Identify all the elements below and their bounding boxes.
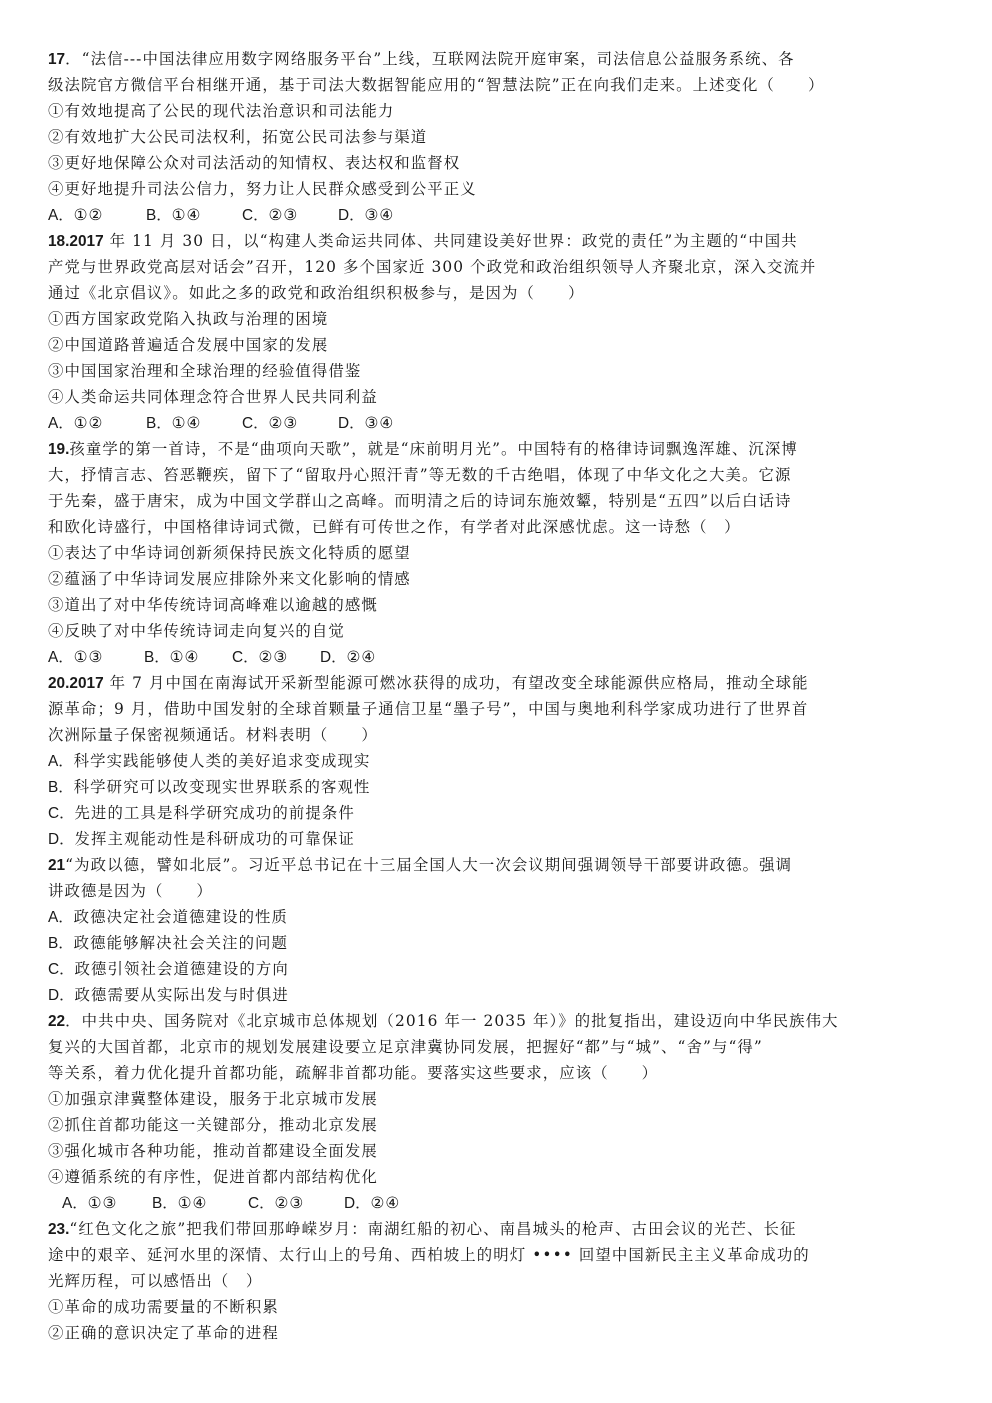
question-stem-line: 于先秦，盛于唐宋，成为中国文学群山之高峰。而明清之后的诗词东施效颦，特别是“五四…	[48, 488, 858, 514]
question-stem-line: 次洲际量子保密视频通话。材料表明（ ）	[48, 722, 858, 748]
statement-item: ②中国道路普遍适合发展中国家的发展	[48, 332, 858, 358]
exam-page: 17．“法信---中国法律应用数字网络服务平台”上线，互联网法院开庭审案，司法信…	[48, 46, 858, 1346]
question-17: 17．“法信---中国法律应用数字网络服务平台”上线，互联网法院开庭审案，司法信…	[48, 46, 858, 228]
question-number: 20.2017	[48, 675, 104, 692]
question-stem-line: 21“为政以德，譬如北辰”。习近平总书记在十三届全国人大一次会议期间强调领导干部…	[48, 852, 858, 878]
question-stem-line: 源革命；9 月，借助中国发射的全球首颗量子通信卫星“墨子号”，中国与奥地利科学家…	[48, 696, 858, 722]
option-b[interactable]: B．政德能够解决社会关注的问题	[48, 930, 858, 956]
answer-choices: A．①③B．①④C．②③D．②④	[48, 644, 858, 670]
answer-choices: A．①②B．①④C．②③D．③④	[48, 202, 858, 228]
statement-item: ④更好地提升司法公信力，努力让人民群众感受到公平正义	[48, 176, 858, 202]
question-number: 18.2017	[48, 233, 104, 250]
statement-item: ①加强京津冀整体建设，服务于北京城市发展	[48, 1086, 858, 1112]
choice-b[interactable]: B．①④	[144, 644, 232, 671]
question-stem-line: 复兴的大国首都，北京市的规划发展建设要立足京津冀协同发展，把握好“都”与“城”、…	[48, 1034, 858, 1060]
statement-item: ①有效地提高了公民的现代法治意识和司法能力	[48, 98, 858, 124]
question-stem-line: 讲政德是因为（ ）	[48, 878, 858, 904]
question-19: 19.孩童学的第一首诗，不是“曲项向天歌”，就是“床前明月光”。中国特有的格律诗…	[48, 436, 858, 670]
statement-item: ①西方国家政党陷入执政与治理的困境	[48, 306, 858, 332]
question-stem-line: 23.“红色文化之旅”把我们带回那峥嵘岁月：南湖红船的初心、南昌城头的枪声、古田…	[48, 1216, 858, 1242]
question-number: 22	[48, 1013, 65, 1030]
choice-d[interactable]: D．②④	[344, 1190, 400, 1217]
question-stem-line: 18.2017 年 11 月 30 日，以“构建人类命运共同体、共同建设美好世界…	[48, 228, 858, 254]
option-a[interactable]: A．科学实践能够使人类的美好追求变成现实	[48, 748, 858, 774]
choice-a[interactable]: A．①②	[48, 410, 146, 437]
option-a[interactable]: A．政德决定社会道德建设的性质	[48, 904, 858, 930]
answer-choices: A．①②B．①④C．②③D．③④	[48, 410, 858, 436]
option-c[interactable]: C．先进的工具是科学研究成功的前提条件	[48, 800, 858, 826]
statement-item: ④人类命运共同体理念符合世界人民共同利益	[48, 384, 858, 410]
question-stem-line: 通过《北京倡议》。如此之多的政党和政治组织积极参与，是因为（ ）	[48, 280, 858, 306]
question-number: 21	[48, 857, 65, 874]
choice-d[interactable]: D．③④	[338, 410, 394, 437]
statement-item: ①表达了中华诗词创新须保持民族文化特质的愿望	[48, 540, 858, 566]
question-stem-line: 产党与世界政党高层对话会”召开，120 多个国家近 300 个政党和政治组织领导…	[48, 254, 858, 280]
statement-item: ④遵循系统的有序性，促进首都内部结构优化	[48, 1164, 858, 1190]
statement-item: ①革命的成功需要量的不断积累	[48, 1294, 858, 1320]
question-stem-line: 等关系，着力优化提升首都功能，疏解非首都功能。要落实这些要求，应该（ ）	[48, 1060, 858, 1086]
question-18: 18.2017 年 11 月 30 日，以“构建人类命运共同体、共同建设美好世界…	[48, 228, 858, 436]
option-c[interactable]: C．政德引领社会道德建设的方向	[48, 956, 858, 982]
statement-item: ③中国国家治理和全球治理的经验值得借鉴	[48, 358, 858, 384]
choice-a[interactable]: A．①②	[48, 202, 146, 229]
question-number: 19.	[48, 441, 69, 458]
choice-c[interactable]: C．②③	[248, 1190, 344, 1217]
choice-d[interactable]: D．②④	[320, 644, 376, 671]
choice-d[interactable]: D．③④	[338, 202, 394, 229]
question-23: 23.“红色文化之旅”把我们带回那峥嵘岁月：南湖红船的初心、南昌城头的枪声、古田…	[48, 1216, 858, 1346]
question-stem-line: 和欧化诗盛行，中国格律诗词式微，已鲜有可传世之作，有学者对此深感忧虑。这一诗愁（…	[48, 514, 858, 540]
choice-c[interactable]: C．②③	[242, 410, 338, 437]
choice-c[interactable]: C．②③	[232, 644, 320, 671]
statement-item: ③更好地保障公众对司法活动的知情权、表达权和监督权	[48, 150, 858, 176]
choice-b[interactable]: B．①④	[146, 202, 242, 229]
question-stem-line: 17．“法信---中国法律应用数字网络服务平台”上线，互联网法院开庭审案，司法信…	[48, 46, 858, 72]
statement-item: ②抓住首都功能这一关键部分，推动北京发展	[48, 1112, 858, 1138]
question-stem-line: 大，抒情言志、笞恶鞭疾，留下了“留取丹心照汗青”等无数的千古绝唱，体现了中华文化…	[48, 462, 858, 488]
statement-item: ④反映了对中华传统诗词走向复兴的自觉	[48, 618, 858, 644]
statement-item: ③强化城市各种功能，推动首都建设全面发展	[48, 1138, 858, 1164]
answer-choices: A．①③B．①④C．②③D．②④	[48, 1190, 858, 1216]
question-22: 22．中共中央、国务院对《北京城市总体规划（2016 年一 2035 年）》的批…	[48, 1008, 858, 1216]
question-stem-line: 级法院官方微信平台相继开通，基于司法大数据智能应用的“智慧法院”正在向我们走来。…	[48, 72, 858, 98]
choice-b[interactable]: B．①④	[146, 410, 242, 437]
choice-a[interactable]: A．①③	[62, 1190, 152, 1217]
question-stem-line: 20.2017 年 7 月中国在南海试开采新型能源可燃冰获得的成功，有望改变全球…	[48, 670, 858, 696]
question-stem-line: 光辉历程，可以感悟出（ ）	[48, 1268, 858, 1294]
question-stem-line: 途中的艰辛、延河水里的深情、太行山上的号角、西柏坡上的明灯 •••• 回望中国新…	[48, 1242, 858, 1268]
statement-item: ②正确的意识决定了革命的进程	[48, 1320, 858, 1346]
option-d[interactable]: D．发挥主观能动性是科研成功的可靠保证	[48, 826, 858, 852]
question-20: 20.2017 年 7 月中国在南海试开采新型能源可燃冰获得的成功，有望改变全球…	[48, 670, 858, 852]
choice-b[interactable]: B．①④	[152, 1190, 248, 1217]
question-stem-line: 19.孩童学的第一首诗，不是“曲项向天歌”，就是“床前明月光”。中国特有的格律诗…	[48, 436, 858, 462]
option-b[interactable]: B．科学研究可以改变现实世界联系的客观性	[48, 774, 858, 800]
choice-c[interactable]: C．②③	[242, 202, 338, 229]
question-number: 23.	[48, 1221, 69, 1238]
statement-item: ②有效地扩大公民司法权利，拓宽公民司法参与渠道	[48, 124, 858, 150]
statement-item: ③道出了对中华传统诗词高峰难以逾越的感慨	[48, 592, 858, 618]
question-number: 17	[48, 51, 65, 68]
statement-item: ②蕴涵了中华诗词发展应排除外来文化影响的情感	[48, 566, 858, 592]
question-21: 21“为政以德，譬如北辰”。习近平总书记在十三届全国人大一次会议期间强调领导干部…	[48, 852, 858, 1008]
choice-a[interactable]: A．①③	[48, 644, 144, 671]
option-d[interactable]: D．政德需要从实际出发与时俱进	[48, 982, 858, 1008]
question-stem-line: 22．中共中央、国务院对《北京城市总体规划（2016 年一 2035 年）》的批…	[48, 1008, 858, 1034]
